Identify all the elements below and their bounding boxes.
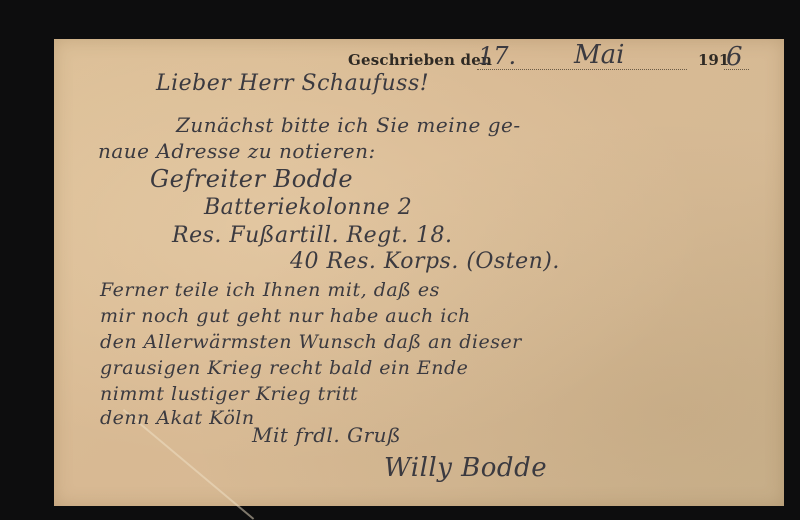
handwritten-line: naue Adresse zu notieren:	[98, 139, 376, 163]
handwritten-line: Lieber Herr Schaufuss!	[156, 71, 429, 96]
year-handwritten: 6	[726, 42, 743, 72]
signature: Willy Bodde	[384, 453, 547, 483]
handwritten-line: denn Akat Köln	[100, 407, 255, 429]
date-month: Mai	[574, 40, 624, 70]
postcard: Geschrieben den 17. Mai 191 6 Lieber Her…	[54, 39, 784, 506]
handwritten-line: den Allerwärmsten Wunsch daß an dieser	[100, 331, 522, 353]
handwritten-line: grausigen Krieg recht bald ein Ende	[100, 357, 468, 379]
handwritten-line: nimmt lustiger Krieg tritt	[100, 383, 358, 405]
year-fill-line	[724, 69, 749, 70]
handwritten-line: mir noch gut geht nur habe auch ich	[100, 305, 471, 327]
year-printed: 191	[698, 51, 729, 69]
handwritten-line: Ferner teile ich Ihnen mit, daß es	[100, 279, 440, 301]
handwritten-line: Zunächst bitte ich Sie meine ge-	[176, 113, 521, 137]
handwritten-line: Res. Fußartill. Regt. 18.	[172, 223, 453, 248]
date-day: 17.	[478, 42, 516, 70]
handwritten-line: Batteriekolonne 2	[204, 195, 412, 220]
handwritten-line: 40 Res. Korps. (Osten).	[290, 249, 560, 274]
printed-header: Geschrieben den	[348, 51, 492, 69]
handwritten-line: Mit frdl. Gruß	[252, 423, 401, 447]
handwritten-line: Gefreiter Bodde	[150, 165, 353, 193]
